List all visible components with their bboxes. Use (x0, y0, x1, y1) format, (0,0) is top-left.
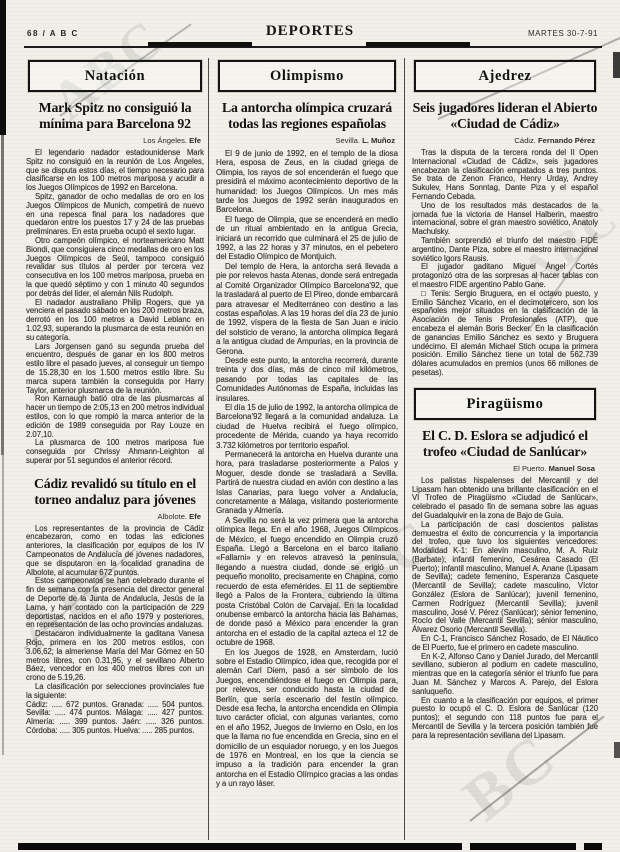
paragraph: En C-1, Francisco Sánchez Rosado, de El … (412, 635, 598, 653)
article-mark-spitz: Mark Spitz no consiguió la mínima para B… (26, 100, 204, 466)
section-header-natacion: Natación (28, 60, 202, 92)
column-natacion: Natación Mark Spitz no consiguió la míni… (26, 58, 204, 736)
headline: Cádiz revalidó su título en el torneo an… (26, 476, 204, 508)
scan-edge-mark (1, 135, 4, 455)
section-title-deportes: DEPORTES (0, 23, 620, 40)
section-header-ajedrez: Ajedrez (414, 60, 596, 92)
headline: Mark Spitz no consiguió la mínima para B… (26, 100, 204, 132)
byline: Cádiz. Fernando Pérez (412, 136, 595, 145)
column-ajedrez-piraguismo: Ajedrez Seis jugadores lideran el Abiert… (412, 58, 598, 741)
paragraph: El 9 de junio de 1992, en el templo de l… (216, 149, 398, 215)
byline-author: Efe (189, 512, 201, 521)
byline-location: Sevilla. (335, 136, 359, 145)
paragraph: La clasificación por selecciones provinc… (26, 683, 204, 701)
paragraph: Los representantes de la provincia de Cá… (26, 525, 204, 578)
column-divider (404, 58, 405, 840)
paragraph: Otro campeón olímpico, el norteamericano… (26, 237, 204, 299)
byline-location: Albolote. (157, 512, 187, 521)
scan-edge-mark (0, 0, 6, 135)
paragraph: Desde este punto, la antorcha recorrerá,… (216, 356, 398, 403)
masthead-thick-rule (366, 42, 470, 47)
paragraph: Lars Jorgensen ganó su segunda prueba de… (26, 343, 204, 396)
byline: Los Ángeles. Efe (26, 136, 201, 145)
paragraph: Tras la disputa de la tercera ronda del … (412, 149, 598, 202)
article-antorcha-olimpica: La antorcha olímpica cruzará todas las r… (216, 100, 398, 789)
scan-edge-mark (2, 455, 4, 755)
bottom-rule (470, 843, 576, 850)
scan-edge-mark (614, 742, 620, 758)
bottom-rule (584, 843, 602, 850)
article-abierto-cadiz: Seis jugadores lideran el Abierto «Ciuda… (412, 100, 598, 378)
article-cadiz-revalido: Cádiz revalidó su título en el torneo an… (26, 476, 204, 736)
section-header-piraguismo: Piragüismo (414, 388, 596, 420)
tenis-brief: □ Tenis: Sergio Bruguera, en el octavo p… (412, 290, 598, 378)
headline: El C. D. Eslora se adjudicó el trofeo «C… (412, 428, 598, 460)
byline-location: Cádiz. (514, 136, 536, 145)
byline-author: L. Muñoz (362, 136, 395, 145)
headline: Seis jugadores lideran el Abierto «Ciuda… (412, 100, 598, 132)
paragraph: El fuego de Olimpia, que se encenderá en… (216, 215, 398, 262)
paragraph: Uno de los resultados más destacados de … (412, 202, 598, 237)
paragraph: Los palistas hispalenses del Mercantil y… (412, 477, 598, 521)
byline: Albolote. Efe (26, 512, 201, 521)
paragraph: En los Juegos de 1928, en Amsterdam, luc… (216, 648, 398, 789)
byline-location: Los Ángeles. (143, 136, 187, 145)
paragraph: La plusmarca de 100 metros mariposa fue … (26, 439, 204, 465)
column-olimpismo: Olimpismo La antorcha olímpica cruzará t… (216, 58, 398, 789)
byline-author: Fernando Pérez (538, 136, 595, 145)
paragraph: El nadador australiano Philip Rogers, qu… (26, 299, 204, 343)
article-trofeo-sanlucar: El C. D. Eslora se adjudicó el trofeo «C… (412, 428, 598, 741)
byline-author: Manuel Sosa (549, 464, 595, 473)
paragraph: Estos campeonatos se han celebrado duran… (26, 577, 204, 630)
paragraph: El jugador gaditano Miguel Ángel Cortés … (412, 263, 598, 289)
paragraph: En cuanto a la clasificación por equipos… (412, 697, 598, 741)
column-divider (208, 58, 209, 840)
paragraph: A Sevilla no será la vez primera que la … (216, 516, 398, 648)
standings-list: Cádiz: ..... 672 puntos. Granada: ..... … (26, 701, 204, 736)
byline-author: Efe (189, 136, 201, 145)
paragraph: La participación de casi doscientos pali… (412, 521, 598, 635)
masthead-rule (24, 46, 602, 48)
paragraph: Destacaron individualmente la gaditana V… (26, 630, 204, 683)
byline: El Puerto. Manuel Sosa (412, 464, 595, 473)
scan-edge-mark (613, 52, 620, 78)
headline: La antorcha olímpica cruzará todas las r… (216, 100, 398, 132)
paragraph: Spitz, ganador de ocho medallas de oro e… (26, 193, 204, 237)
paragraph: El legendario nadador estadounidense Mar… (26, 149, 204, 193)
section-header-olimpismo: Olimpismo (218, 60, 396, 92)
masthead-thick-rule (148, 42, 252, 47)
bottom-rule (18, 843, 462, 850)
paragraph: Del templo de Hera, la antorcha será lle… (216, 262, 398, 356)
byline: Sevilla. L. Muñoz (216, 136, 395, 145)
paragraph: Permanecerá la antorcha en Huelva durant… (216, 450, 398, 516)
paragraph: Ron Karnaugh batió otra de las plusmarca… (26, 395, 204, 439)
paragraph: También sorprendió el triunfo del maestr… (412, 237, 598, 263)
paragraph: En K-2, Alfonso Cano y Daniel Jurado, de… (412, 653, 598, 697)
byline-location: El Puerto. (513, 464, 546, 473)
paragraph: El día 15 de julio de 1992, la antorcha … (216, 403, 398, 450)
newspaper-page: ABC ABC ABC BC ABC 68 / A B C DEPORTES M… (0, 0, 620, 852)
issue-date: MARTES 30-7-91 (528, 29, 598, 38)
